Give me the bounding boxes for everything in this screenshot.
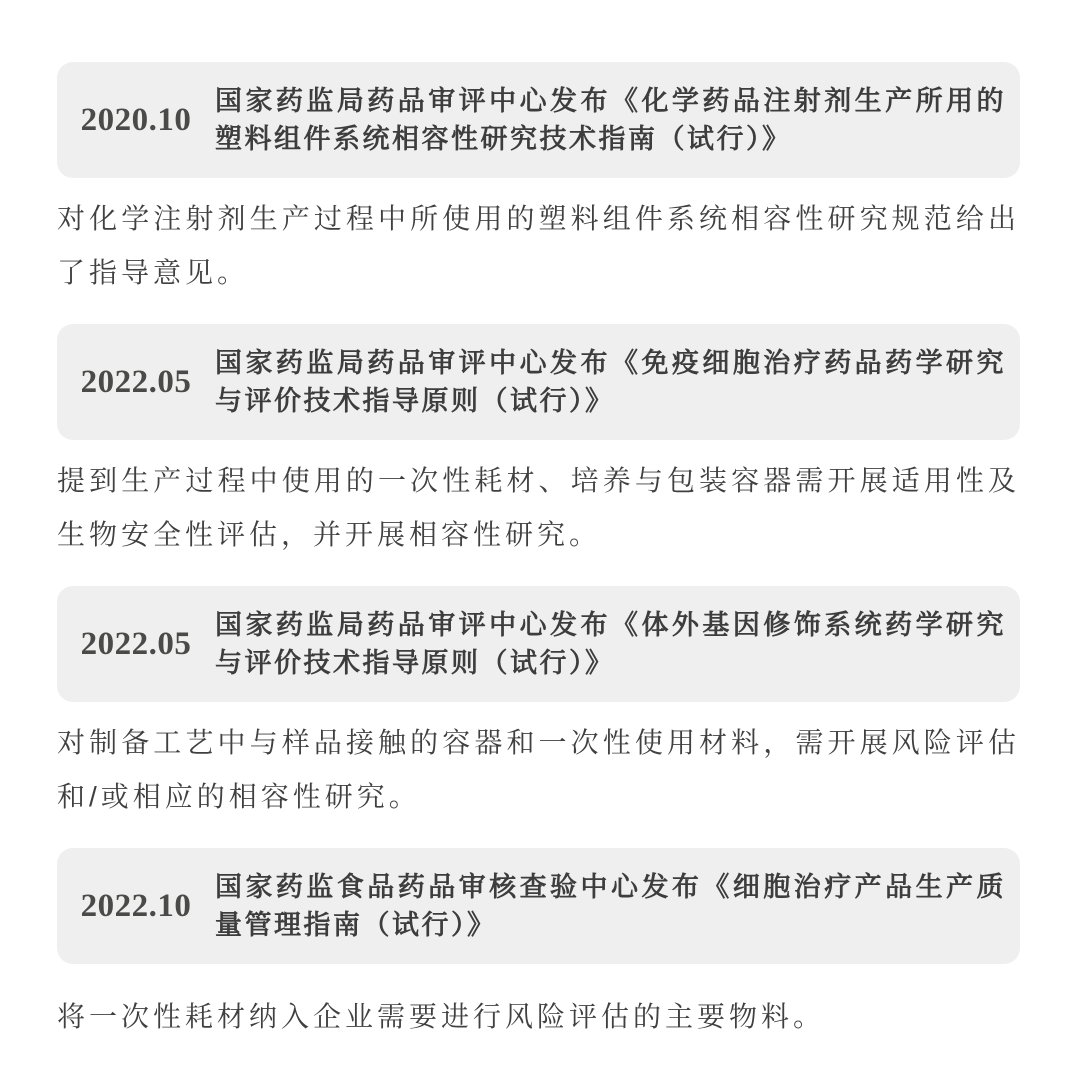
timeline-title: 国家药监局药品审评中心发布《体外基因修饰系统药学研究与评价技术指导原则（试行）》	[215, 606, 1006, 682]
regulatory-timeline-page: 2020.10 国家药监局药品审评中心发布《化学药品注射剂生产所用的塑料组件系统…	[0, 0, 1080, 1080]
timeline-title: 国家药监食品药品审核查验中心发布《细胞治疗产品生产质量管理指南（试行）》	[215, 868, 1006, 944]
timeline-date: 2020.10	[57, 102, 215, 139]
timeline-date: 2022.05	[57, 364, 215, 401]
timeline-note: 将一次性耗材纳入企业需要进行风险评估的主要物料。	[57, 990, 1020, 1044]
timeline-note: 对制备工艺中与样品接触的容器和一次性使用材料，需开展风险评估和/或相应的相容性研…	[57, 716, 1020, 824]
timeline-note: 提到生产过程中使用的一次性耗材、培养与包装容器需开展适用性及生物安全性评估，并开…	[57, 454, 1020, 562]
timeline-card: 2022.05 国家药监局药品审评中心发布《体外基因修饰系统药学研究与评价技术指…	[57, 586, 1020, 702]
timeline-title: 国家药监局药品审评中心发布《免疫细胞治疗药品药学研究与评价技术指导原则（试行）》	[215, 344, 1006, 420]
timeline-date: 2022.10	[57, 888, 215, 925]
timeline-date: 2022.05	[57, 626, 215, 663]
timeline-note: 对化学注射剂生产过程中所使用的塑料组件系统相容性研究规范给出了指导意见。	[57, 192, 1020, 300]
timeline-card: 2022.10 国家药监食品药品审核查验中心发布《细胞治疗产品生产质量管理指南（…	[57, 848, 1020, 964]
timeline-card: 2020.10 国家药监局药品审评中心发布《化学药品注射剂生产所用的塑料组件系统…	[57, 62, 1020, 178]
timeline-card: 2022.05 国家药监局药品审评中心发布《免疫细胞治疗药品药学研究与评价技术指…	[57, 324, 1020, 440]
timeline-title: 国家药监局药品审评中心发布《化学药品注射剂生产所用的塑料组件系统相容性研究技术指…	[215, 82, 1006, 158]
